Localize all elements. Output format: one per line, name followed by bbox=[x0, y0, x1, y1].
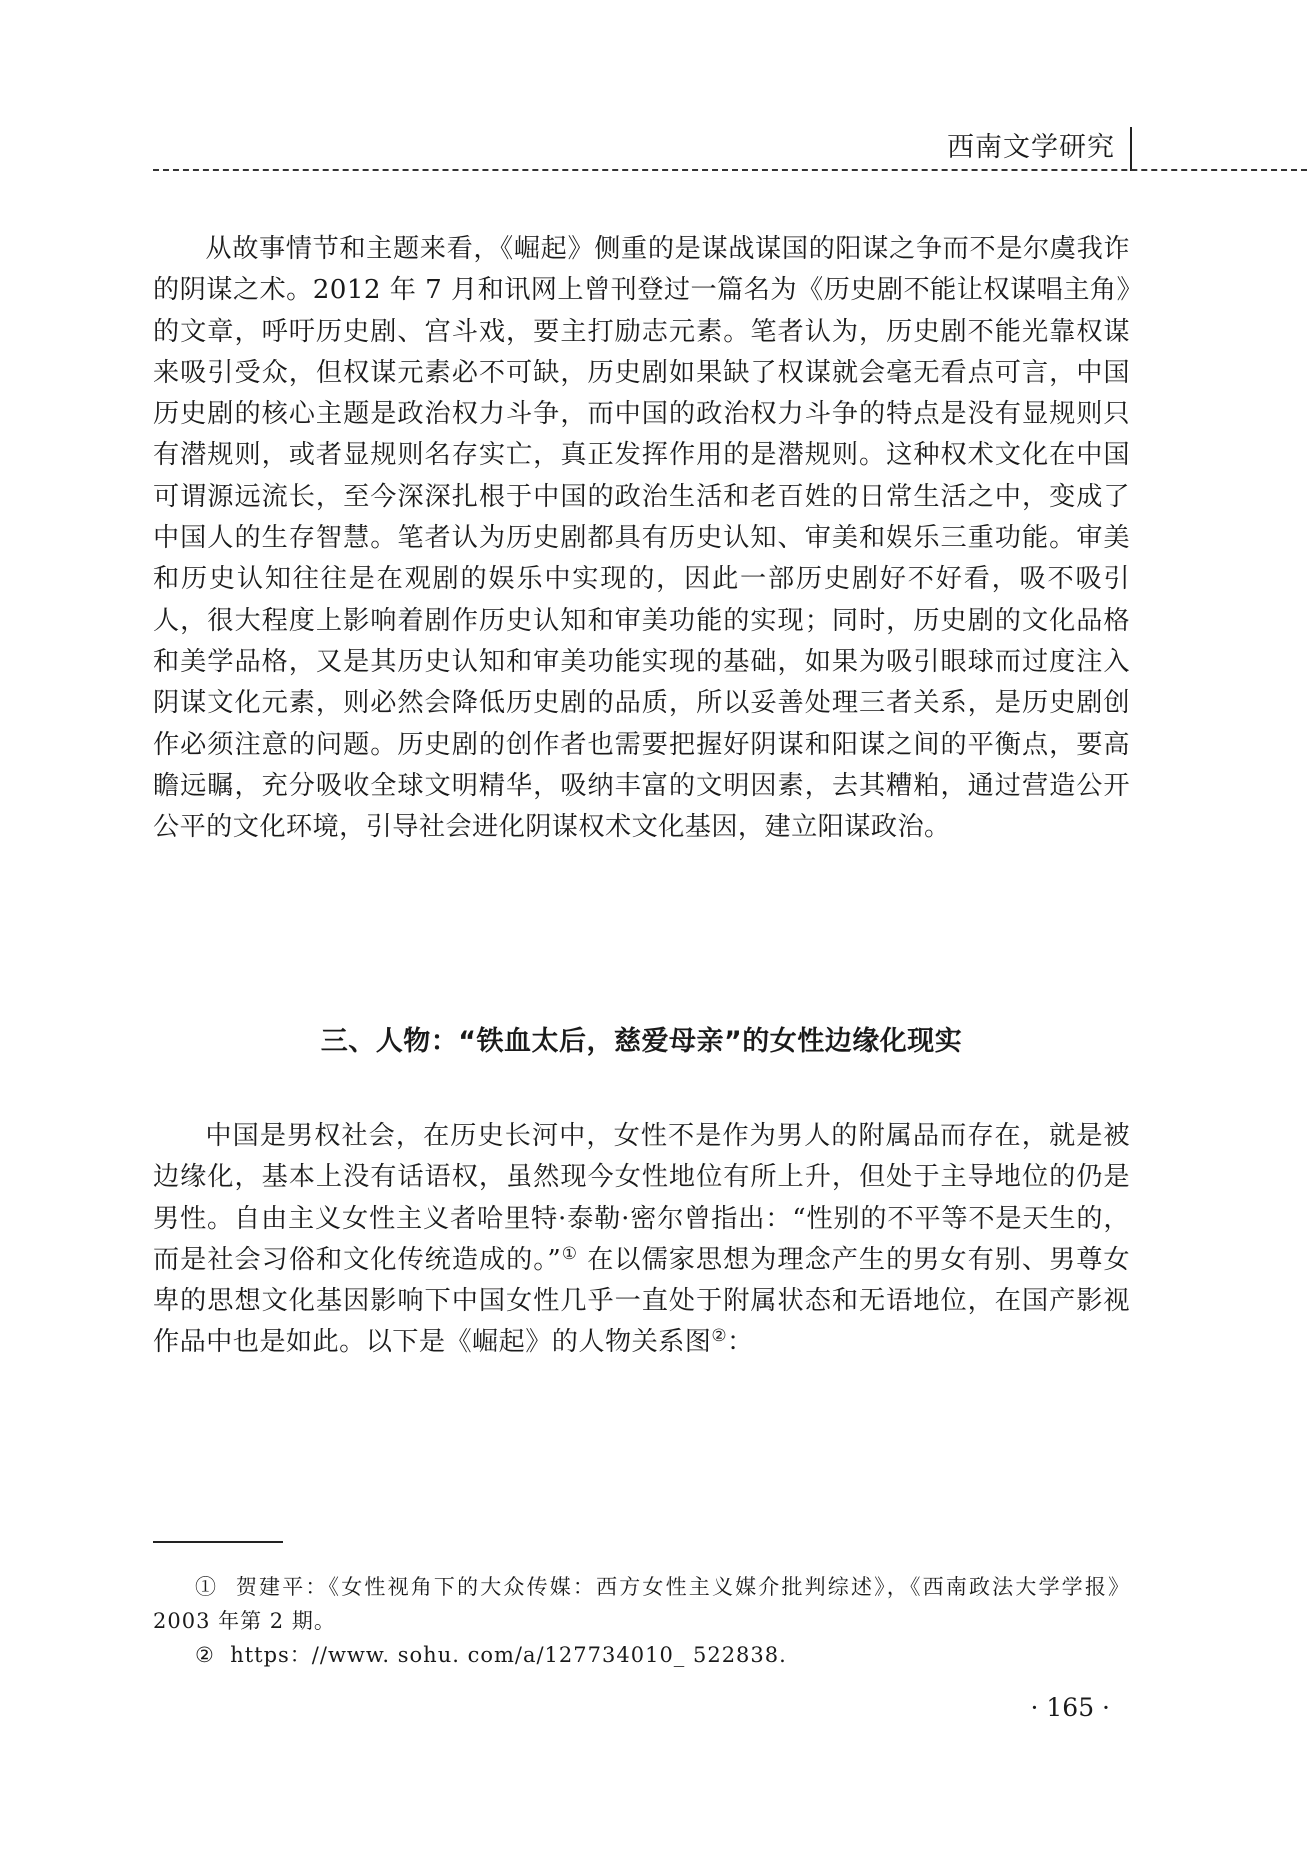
footnotes: ① 贺建平：《女性视角下的大众传媒：西方女性主义媒介批判综述》，《西南政法大学学… bbox=[153, 1570, 1130, 1672]
footnote-2: ② https：//www. sohu. com/a/127734010_ 52… bbox=[153, 1638, 1130, 1672]
footnote-text: 贺建平：《女性视角下的大众传媒：西方女性主义媒介批判综述》，《西南政法大学学报》… bbox=[153, 1575, 1130, 1633]
footnote-marker: ① bbox=[195, 1575, 218, 1599]
footnote-1: ① 贺建平：《女性视角下的大众传媒：西方女性主义媒介批判综述》，《西南政法大学学… bbox=[153, 1570, 1130, 1638]
footnote-reference-2[interactable]: ② bbox=[711, 1326, 727, 1346]
footnote-link[interactable]: https：//www. sohu. com/a/127734010_ 5228… bbox=[230, 1643, 787, 1667]
section-heading: 三、人物：“铁血太后，慈爱母亲”的女性边缘化现实 bbox=[153, 1025, 1130, 1059]
footnote-reference-1[interactable]: ① bbox=[561, 1244, 578, 1264]
header-dashed-rule bbox=[153, 169, 1307, 171]
paragraph-text: 从故事情节和主题来看，《崛起》侧重的是谋战谋国的阳谋之争而不是尔虞我诈的阴谋之术… bbox=[153, 229, 1130, 848]
body-paragraph-1: 从故事情节和主题来看，《崛起》侧重的是谋战谋国的阳谋之争而不是尔虞我诈的阴谋之术… bbox=[153, 229, 1130, 848]
paragraph-text: ： bbox=[727, 1327, 754, 1357]
page-number: · 165 · bbox=[1030, 1693, 1110, 1723]
body-paragraph-2: 中国是男权社会，在历史长河中，女性不是作为男人的附属品而存在，就是被边缘化，基本… bbox=[153, 1116, 1130, 1364]
footnote-marker: ② bbox=[195, 1643, 215, 1667]
footnote-separator bbox=[153, 1541, 283, 1543]
journal-title: 西南文学研究 bbox=[947, 131, 1115, 165]
header-vertical-rule bbox=[1130, 127, 1132, 171]
